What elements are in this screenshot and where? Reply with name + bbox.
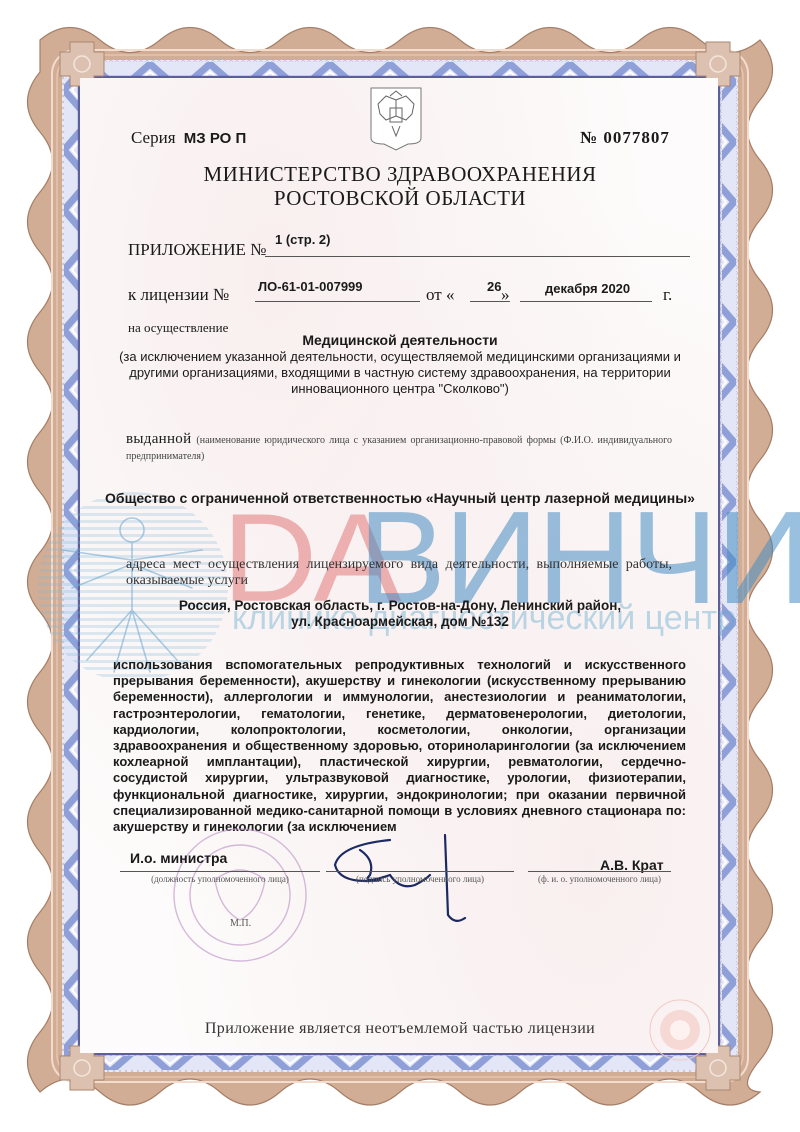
license-number-underline	[255, 301, 420, 302]
organization-name: Общество с ограниченной ответственностью…	[100, 490, 700, 506]
ministry-name-line2: РОСТОВСКОЙ ОБЛАСТИ	[100, 186, 700, 211]
license-month-underline	[520, 301, 652, 302]
name-underline	[528, 871, 671, 872]
address-line2: ул. Красноармейская, дом №132	[100, 614, 700, 630]
license-month-year: декабря 2020	[545, 281, 630, 296]
official-stamp-icon	[170, 820, 310, 970]
signature-underline	[326, 871, 514, 872]
issued-label: выданной	[126, 431, 191, 447]
activity-note: (за исключением указанной деятельности, …	[100, 349, 700, 397]
annex-label: ПРИЛОЖЕНИЕ №	[128, 240, 266, 260]
license-year-suffix: г.	[663, 285, 672, 305]
issued-to-block: выданной (наименование юридического лица…	[126, 432, 672, 464]
license-day: 26	[487, 279, 501, 294]
annex-underline	[265, 256, 690, 257]
address-label: адреса мест осуществления лицензируемого…	[126, 557, 672, 589]
signatory-role: И.о. министра	[130, 850, 227, 866]
license-from-label: от «	[426, 285, 454, 305]
issued-hint: (наименование юридического лица с указан…	[126, 435, 672, 462]
series-value: МЗ РО П	[184, 130, 246, 147]
stamp-label: М.П.	[230, 918, 251, 929]
annex-value: 1 (стр. 2)	[275, 232, 331, 247]
document-number: № 0077807	[580, 128, 670, 148]
vitruvian-man-icon	[52, 500, 212, 680]
role-underline	[120, 871, 320, 872]
address-value: Россия, Ростовская область, г. Ростов-на…	[100, 598, 700, 630]
license-quote-close: »	[501, 285, 510, 305]
caption-name: (ф. и. о. уполномоченного лица)	[528, 874, 671, 884]
caption-role: (должность уполномоченного лица)	[120, 874, 320, 884]
license-number: ЛО-61-01-007999	[258, 279, 363, 294]
activity-title: Медицинской деятельности	[100, 332, 700, 348]
footer-note: Приложение является неотъемлемой частью …	[100, 1020, 700, 1038]
series-field: Серия МЗ РО П	[131, 128, 246, 148]
services-list: использования вспомогательных репродукти…	[113, 657, 686, 835]
ministry-name-line1: МИНИСТЕРСТВО ЗДРАВООХРАНЕНИЯ	[100, 162, 700, 187]
coat-of-arms-icon	[368, 86, 424, 152]
caption-signature: (подпись уполномоченного лица)	[326, 874, 514, 884]
series-label: Серия	[131, 128, 176, 147]
license-label: к лицензии №	[128, 285, 229, 305]
address-line1: Россия, Ростовская область, г. Ростов-на…	[100, 598, 700, 614]
